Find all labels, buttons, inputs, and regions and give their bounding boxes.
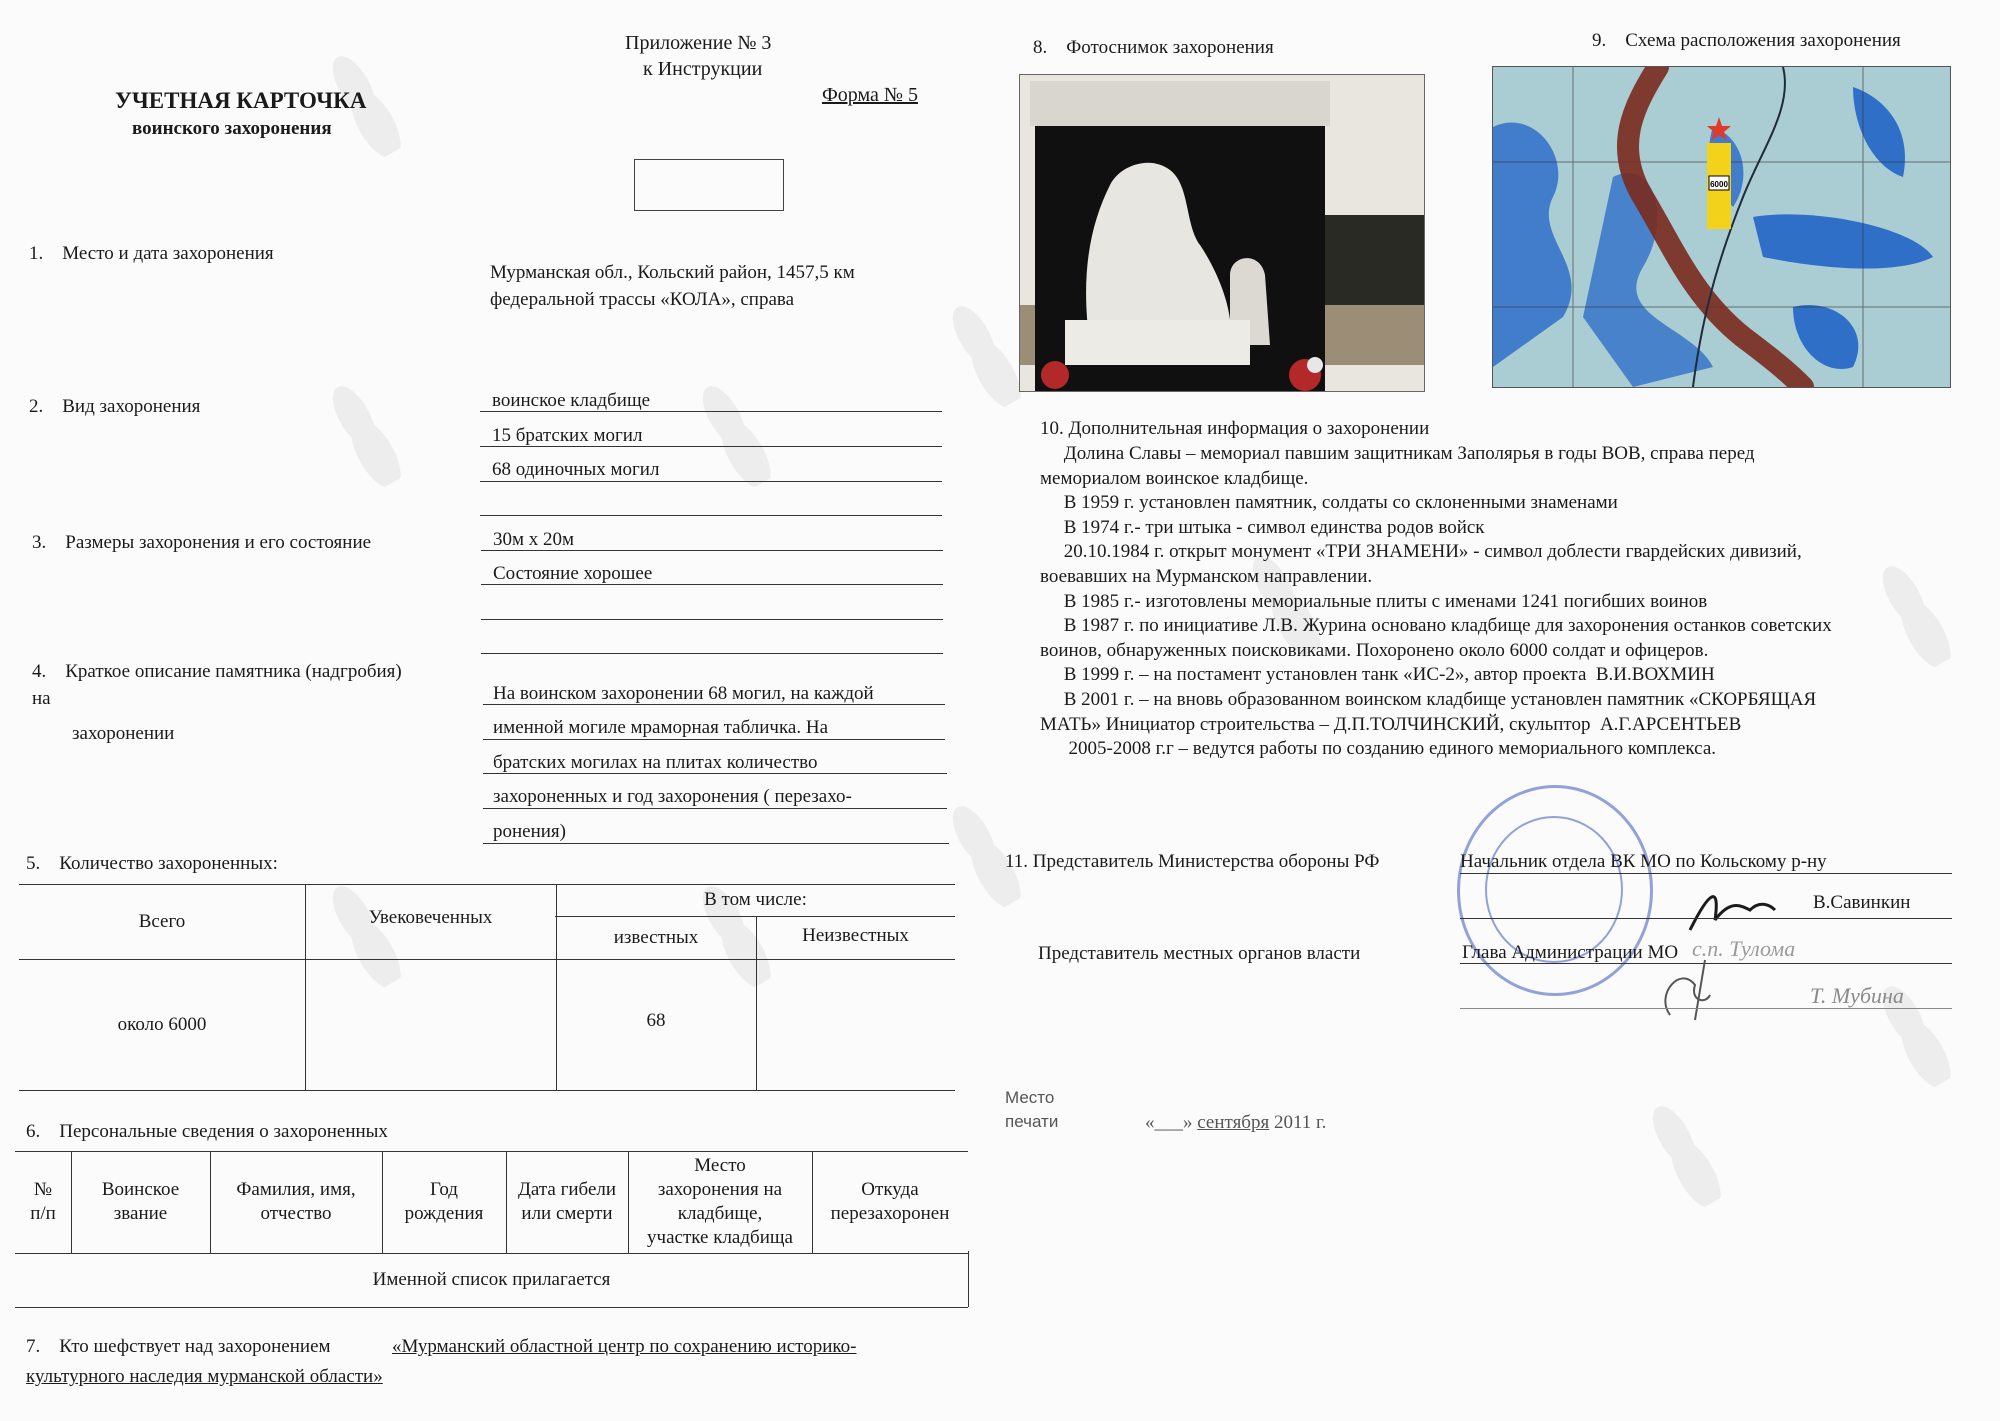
instruction-label: к Инструкции <box>643 58 762 81</box>
section-1-value-line-2: федеральной трассы «КОЛА», справа <box>490 289 794 311</box>
section-3-label: 3. Размеры захоронения и его состояние <box>32 532 371 554</box>
appendix-label: Приложение № 3 <box>625 32 771 55</box>
section-4-line-2: именной могиле мраморная табличка. На <box>493 717 828 739</box>
value-known: 68 <box>556 955 756 1086</box>
additional-info-line: Долина Славы – мемориал павшим защитника… <box>1040 443 1755 465</box>
mod-representative-label: 11. Представитель Министерства обороны Р… <box>1005 851 1379 873</box>
value-immortalized <box>305 959 556 1090</box>
section-4-line-3: братских могилах на плитах количество <box>493 752 817 774</box>
additional-info-line: воевавших на Мурманском направлении. <box>1040 566 1372 588</box>
date-year: 2011 г. <box>1274 1112 1326 1133</box>
value-unknown <box>756 959 955 1090</box>
header-immortalized: Увековеченных <box>305 880 556 955</box>
personal-info-header-4: Дата гибели или смерти <box>506 1151 628 1253</box>
personal-info-header-5: Место захоронения на кладбище, участке к… <box>628 1151 812 1253</box>
patron-organization-line-2: культурного наследия мурманской области» <box>26 1366 383 1388</box>
section-2-line-3: 68 одиночных могил <box>492 459 659 481</box>
signing-date: «___» сентября 2011 г. <box>1145 1112 1326 1134</box>
header-including: В том числе: <box>556 884 955 916</box>
section-5-label: 5. Количество захороненных: <box>26 853 278 875</box>
additional-info-line: 2005-2008 г.г – ведутся работы по создан… <box>1040 738 1716 760</box>
seal-place-label-2: печати <box>1005 1112 1058 1132</box>
value-total: около 6000 <box>19 959 305 1090</box>
form-number: Форма № 5 <box>822 84 918 107</box>
personal-info-header-1: Воинское звание <box>71 1151 210 1253</box>
card-subtitle: воинского захоронения <box>132 118 332 140</box>
personal-info-header-2: Фамилия, имя, отчество <box>210 1151 382 1253</box>
svg-text:6000: 6000 <box>1710 180 1728 189</box>
local-signature <box>1650 955 1740 1025</box>
personal-info-header-6: Откуда перезахоронен <box>812 1151 968 1253</box>
seal-place-label-1: Место <box>1005 1088 1054 1108</box>
watermark <box>307 370 423 500</box>
section-2-line-2: 15 братских могил <box>492 425 642 447</box>
additional-info-line: В 1987 г. по инициативе Л.В. Журина осно… <box>1040 615 1832 637</box>
mod-representative-name: В.Савинкин <box>1813 892 1910 914</box>
additional-info-line: В 1974 г.- три штыка - символ единства р… <box>1040 517 1485 539</box>
watermark <box>1857 550 1973 680</box>
section-7-label: 7. Кто шефствует над захоронением <box>26 1336 331 1358</box>
additional-info-line: В 1959 г. установлен памятник, солдаты с… <box>1040 492 1618 514</box>
location-map: 6000 <box>1492 66 1951 388</box>
date-day: «___» <box>1145 1112 1193 1133</box>
additional-info-line: МАТЬ» Инициатор строительства – Д.П.ТОЛЧ… <box>1040 714 1741 736</box>
header-unknown: Неизвестных <box>756 914 955 957</box>
local-representative-position: Глава Администрации МО <box>1462 942 1678 964</box>
memorial-photo-image <box>1020 75 1424 391</box>
section-9-label: 9. Схема расположения захоронения <box>1592 30 1901 52</box>
mod-representative-position: Начальник отдела ВК МО по Кольскому р-ну <box>1460 851 1827 873</box>
section-3-line-2: Состояние хорошее <box>493 563 652 585</box>
additional-info-line: воинов, обнаруженных поисковиками. Похор… <box>1040 640 1708 662</box>
watermark <box>1627 1090 1743 1220</box>
additional-info-line: 20.10.1984 г. открыт монумент «ТРИ ЗНАМЕ… <box>1040 541 1802 563</box>
section-6-label: 6. Персональные сведения о захороненных <box>26 1121 388 1143</box>
card-title: УЧЕТНАЯ КАРТОЧКА <box>115 88 366 114</box>
section-4-label-cont-2: захоронении <box>72 723 174 745</box>
section-1-value-line-1: Мурманская обл., Кольский район, 1457,5 … <box>490 262 855 284</box>
header-total: Всего <box>19 884 305 959</box>
section-10-label: 10. Дополнительная информация о захороне… <box>1040 418 1429 440</box>
section-4-line-5: ронения) <box>493 821 566 843</box>
official-stamp <box>1457 785 1653 996</box>
section-2-label: 2. Вид захоронения <box>29 396 200 418</box>
section-4-line-1: На воинском захоронении 68 могил, на каж… <box>493 683 874 705</box>
section-3-line-1: 30м х 20м <box>493 529 574 551</box>
local-representative-label: Представитель местных органов власти <box>1038 943 1360 965</box>
personal-info-header-3: Год рождения <box>382 1151 506 1253</box>
date-month: сентября <box>1197 1112 1269 1133</box>
header-known: известных <box>556 916 756 959</box>
topographic-map-image: 6000 <box>1493 67 1950 387</box>
patron-organization-line-1: «Мурманский областной центр по сохранени… <box>392 1336 856 1358</box>
section-8-label: 8. Фотоснимок захоронения <box>1033 37 1274 59</box>
additional-info-line: мемориалом воинское кладбище. <box>1040 468 1308 490</box>
section-1-label: 1. Место и дата захоронения <box>29 243 274 265</box>
personal-info-header-0: № п/п <box>15 1151 71 1253</box>
additional-info-line: В 2001 г. – на вновь образованном воинск… <box>1040 689 1816 711</box>
additional-info-line: В 1999 г. – на постамент установлен танк… <box>1040 664 1715 686</box>
mod-signature <box>1680 880 1780 940</box>
registration-number-box <box>634 159 784 211</box>
section-2-line-1: воинское кладбище <box>492 390 650 412</box>
local-handwritten-name: Т. Мубина <box>1810 983 1904 1009</box>
named-list-note: Именной список прилагается <box>15 1253 968 1307</box>
section-4-label: 4. Краткое описание памятника (надгробия… <box>32 661 402 683</box>
section-4-line-4: захороненных и год захоронения ( перезах… <box>493 786 852 808</box>
section-4-label-cont: на <box>32 688 51 710</box>
burial-photo <box>1019 74 1425 392</box>
additional-info-line: В 1985 г.- изготовлены мемориальные плит… <box>1040 591 1707 613</box>
